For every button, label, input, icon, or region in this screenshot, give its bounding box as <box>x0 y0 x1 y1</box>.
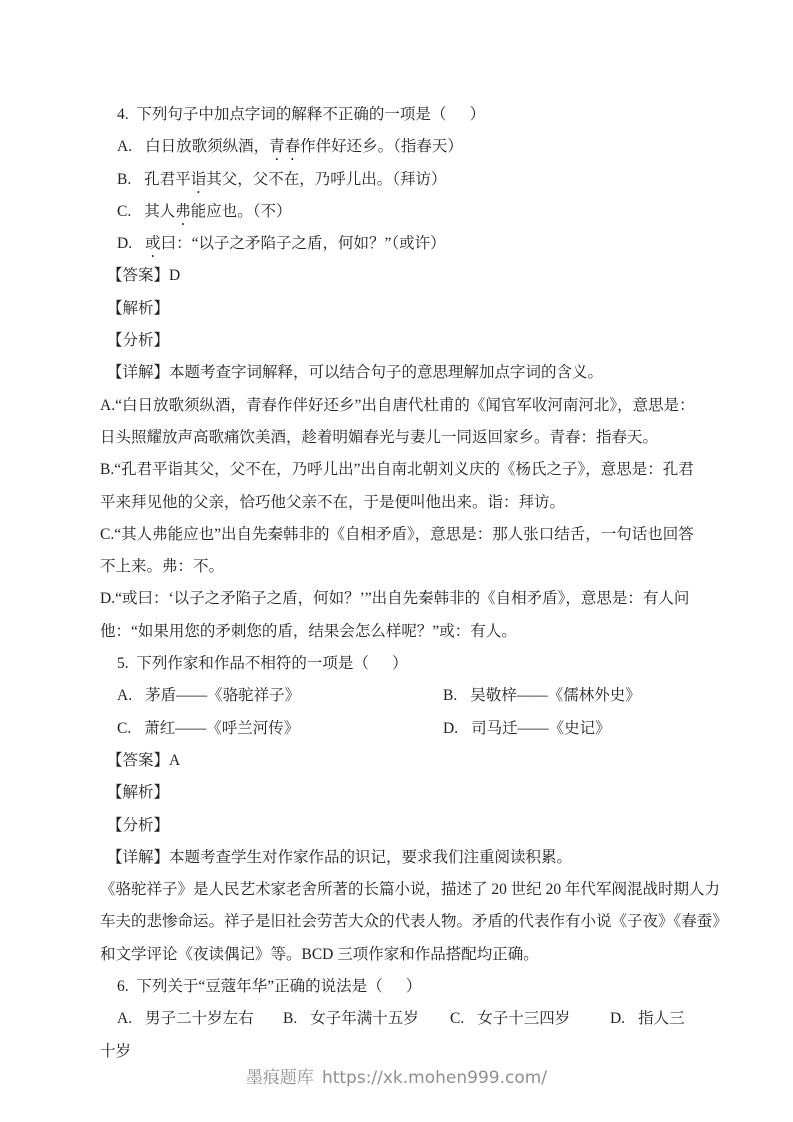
option-label: C. <box>117 203 131 220</box>
footer: 墨痕题库https://xk.mohen999.com/ <box>0 1066 793 1090</box>
q5-stem: 5. 下列作家和作品不相符的一项是（ ） <box>0 648 793 680</box>
q4-explanation-line: 不上来。弗：不。 <box>0 551 793 583</box>
option-label: C. <box>450 1010 464 1027</box>
q5-explanation-line: 《骆驼祥子》是人民艺术家老舍所著的长篇小说，描述了 20 世纪 20 年代军阀混… <box>0 874 793 906</box>
emphasized-text: 青春 <box>269 138 300 155</box>
q5-options-row-1: A.茅盾——《骆驼祥子》B.吴敬梓——《儒林外史》 <box>0 680 793 712</box>
option-text: 曰：“以子之矛陷子之盾，何如？”（或许） <box>161 235 446 252</box>
q5-option-a: A.茅盾——《骆驼祥子》 <box>117 680 443 712</box>
q4-explanation-line: A.“白日放歌须纵酒，青春作伴好还乡”出自唐代杜甫的《闻官军收河南河北》，意思是… <box>0 390 793 422</box>
q5-explanation-line: 和文学评论《夜读偶记》等。BCD 三项作家和作品搭配均正确。 <box>0 939 793 971</box>
q4-explanation-line: 日头照耀放声高歌痛饮美酒，趁着明媚春光与妻儿一同返回家乡。青春：指春天。 <box>0 422 793 454</box>
footer-url: https://xk.mohen999.com/ <box>322 1068 547 1088</box>
option-label: B. <box>283 1010 297 1027</box>
option-text: 司马迁——《史记》 <box>471 720 611 737</box>
option-label: A. <box>117 1010 132 1027</box>
q4-detail: 【详解】本题考查字词解释，可以结合句子的意思理解加点字词的含义。 <box>0 357 793 389</box>
emphasized-text: 诣 <box>191 171 207 188</box>
q5-explanation-line: 车夫的悲惨命运。祥子是旧社会劳苦大众的代表人物。矛盾的代表作有小说《子夜》《春蚕… <box>0 906 793 938</box>
option-label: B. <box>117 171 131 188</box>
q4-option-d: D.或曰：“以子之矛陷子之盾，何如？”（或许） <box>0 228 793 260</box>
emphasized-text: 弗 <box>175 203 191 220</box>
option-text: 女子年满十五岁 <box>310 1010 419 1027</box>
option-label: D. <box>117 235 132 252</box>
option-label: B. <box>443 687 457 704</box>
q6-option-c: C.女子十三四岁 <box>450 1003 610 1035</box>
q4-explanation-line: 他：“如果用您的矛刺您的盾，结果会怎么样呢？”或：有人。 <box>0 616 793 648</box>
q4-option-b: B.孔君平诣其父，父不在，乃呼儿出。（拜访） <box>0 164 793 196</box>
q6-option-d: D.指人三 <box>610 1010 685 1027</box>
q4-explanation-line: D.“或曰：‘以子之矛陷子之盾，何如？’”出自先秦韩非的《自相矛盾》，意思是：有… <box>0 583 793 615</box>
q4-option-a: A.白日放歌须纵酒，青春作伴好还乡。（指春天） <box>0 131 793 163</box>
q6-option-a: A.男子二十岁左右 <box>117 1003 283 1035</box>
option-text: 作伴好还乡。（指春天） <box>300 138 463 155</box>
option-text: 孔君平 <box>144 171 191 188</box>
option-text: 其父，父不在，乃呼儿出。（拜访） <box>206 171 446 188</box>
q4-jiexi-label: 【解析】 <box>0 293 793 325</box>
option-text: 白日放歌须纵酒， <box>145 138 269 155</box>
option-label: D. <box>443 720 458 737</box>
option-text: 能应也。（不） <box>191 203 292 220</box>
q4-fenxi-label: 【分析】 <box>0 325 793 357</box>
option-label: C. <box>117 720 131 737</box>
q4-explanation-line: 平来拜见他的父亲，恰巧他父亲不在，于是便叫他出来。诣：拜访。 <box>0 487 793 519</box>
q4-stem: 4. 下列句子中加点字词的解释不正确的一项是（ ） <box>0 99 793 131</box>
option-label: A. <box>117 138 132 155</box>
document-page: 4. 下列句子中加点字词的解释不正确的一项是（ ） A.白日放歌须纵酒，青春作伴… <box>0 0 793 1122</box>
emphasized-text: 或 <box>145 235 161 252</box>
q5-answer: 【答案】A <box>0 745 793 777</box>
option-text: 其人 <box>144 203 175 220</box>
q5-option-c: C.萧红——《呼兰河传》 <box>117 713 443 745</box>
q4-answer: 【答案】D <box>0 260 793 292</box>
q5-option-d: D.司马迁——《史记》 <box>443 720 611 737</box>
q5-fenxi-label: 【分析】 <box>0 810 793 842</box>
q4-explanation-line: B.“孔君平诣其父，父不在，乃呼儿出”出自南北朝刘义庆的《杨氏之子》，意思是：孔… <box>0 454 793 486</box>
option-text: 吴敬梓——《儒林外史》 <box>470 687 641 704</box>
option-label: A. <box>117 687 132 704</box>
option-label: D. <box>610 1010 625 1027</box>
q5-jiexi-label: 【解析】 <box>0 777 793 809</box>
q5-option-b: B.吴敬梓——《儒林外史》 <box>443 687 641 704</box>
option-text: 萧红——《呼兰河传》 <box>144 720 299 737</box>
q6-stem: 6. 下列关于“豆蔻年华”正确的说法是（ ） <box>0 971 793 1003</box>
option-text: 男子二十岁左右 <box>145 1010 254 1027</box>
q6-option-b: B.女子年满十五岁 <box>283 1003 450 1035</box>
footer-site-name: 墨痕题库 <box>246 1068 314 1088</box>
q4-explanation-line: C.“其人弗能应也”出自先秦韩非的《自相矛盾》，意思是：那人张口结舌，一句话也回… <box>0 519 793 551</box>
q5-detail: 【详解】本题考查学生对作家作品的识记，要求我们注重阅读积累。 <box>0 842 793 874</box>
option-text: 指人三 <box>638 1010 685 1027</box>
exam-content: 4. 下列句子中加点字词的解释不正确的一项是（ ） A.白日放歌须纵酒，青春作伴… <box>0 99 793 1068</box>
option-text: 茅盾——《骆驼祥子》 <box>145 687 300 704</box>
option-text: 女子十三四岁 <box>477 1010 570 1027</box>
q6-option-d-continuation: 十岁 <box>0 1036 793 1068</box>
q5-options-row-2: C.萧红——《呼兰河传》D.司马迁——《史记》 <box>0 713 793 745</box>
q4-option-c: C.其人弗能应也。（不） <box>0 196 793 228</box>
q6-options-row: A.男子二十岁左右B.女子年满十五岁C.女子十三四岁D.指人三 <box>0 1003 793 1035</box>
